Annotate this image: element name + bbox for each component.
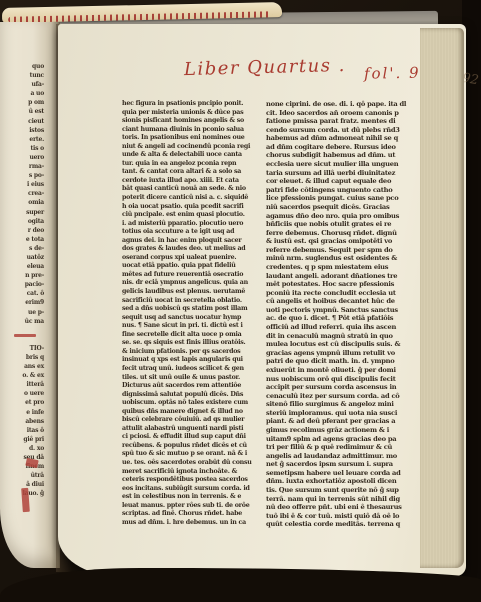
text-line: tur. quia in ea angeloz pconia repn <box>122 160 264 169</box>
facing-page-fragment: erte. <box>0 135 44 144</box>
facing-page-fragment: p om <box>0 98 44 107</box>
text-line: i. ad misteriû pparatio. plocutio uero <box>122 220 264 229</box>
facing-page-fragment: d. xo <box>0 444 44 453</box>
facing-page-fragment: a uo <box>0 89 44 98</box>
text-line: poterit dicere canticû nisi a. c. siquid… <box>122 194 264 203</box>
facing-page-fragment: ue p- <box>0 308 44 317</box>
text-line: uobiscum. optâs nô tales existere cum <box>122 399 264 408</box>
facing-page-fragment: o uere <box>0 389 44 398</box>
facing-page-fragment: TIO- <box>0 344 44 353</box>
text-line: mêtes ad future reuerentiâ osecratio <box>122 271 264 280</box>
text-line: uocat etiâ ppatio. quia ppat fideliû <box>122 262 264 271</box>
text-line: dos grates & laudes deo. ut melius ad <box>122 245 264 254</box>
text-line: sed a dñs uobiscû qs statim post illam <box>122 305 264 314</box>
facing-page-fragment: itas ô <box>0 426 44 435</box>
text-line: recûbens. & populus rñdet dicês et cû <box>122 442 264 451</box>
text-line: ciant humana diuinis in pconio salua <box>122 126 264 135</box>
text-line: fine secretelle dicit alta uoce p omia <box>122 331 264 340</box>
text-line: ciû pncipale. est enim quasi plocutio. <box>122 211 264 220</box>
facing-page-fragment: s de- <box>0 244 44 253</box>
red-rubric-mark <box>14 334 36 337</box>
facing-page-fragment: n pre- <box>0 271 44 280</box>
recto-page: Liber Quartus . fol'. 90. 92 hec figura … <box>58 24 466 576</box>
facing-page-fragment: abens <box>0 417 44 426</box>
facing-page-fragment: super <box>0 208 44 217</box>
facing-page-fragment: ogita <box>0 217 44 226</box>
text-line: scriptas. ad finê. Chorus rñdet. habe <box>122 510 264 519</box>
facing-page-fragment: bris q <box>0 353 44 362</box>
facing-page-fragment: crea- <box>0 189 44 198</box>
facing-page-fragment: itterâ <box>0 380 44 389</box>
facing-page-fragment: i eius <box>0 180 44 189</box>
facing-page-fragment: cieut <box>0 117 44 126</box>
text-line: gelicis laudibus est plenus. uerutamê <box>122 288 264 297</box>
facing-page-fragment: s po- <box>0 171 44 180</box>
facing-page-fragment: ûc ma <box>0 317 44 326</box>
text-line: hec figura in psationis pncipio ponit. <box>122 100 264 109</box>
text-line: tiles. ut sit unû ouile & unus pastor. <box>122 374 264 383</box>
fore-edge-page-stack <box>420 28 464 568</box>
text-line: cerdote iuxta illud apo. xiiii. Et cata <box>122 177 264 186</box>
facing-page-fragment: e infe <box>0 408 44 417</box>
facing-page-fragment: cat. ô <box>0 289 44 298</box>
rubric-book-title: Liber Quartus . <box>184 55 346 80</box>
text-line: dignissimâ salutat populû dicês. Dñs <box>122 391 264 400</box>
text-line: mus ad dñm. i. hre debemus. un in ca <box>122 519 264 528</box>
text-line: est in celestibus non in terrenis. & e <box>122 493 264 502</box>
text-line: ci pciosi. & effudit illud sup caput dñi <box>122 433 264 442</box>
text-line: leuat manus. ppter rôes sub ti. de orôe <box>122 502 264 511</box>
text-line: meret sacrificiû ignota inchoâte. & <box>122 468 264 477</box>
text-line: & inicium pfationis. per qs sacerdos <box>122 348 264 357</box>
text-line: tant. & cantat cora altari & a solo sa <box>122 168 264 177</box>
text-line: attulit alabastrû unguenti nardi pisti <box>122 425 264 434</box>
text-line: Dicturus aût sacerdos rem attentiôe <box>122 382 264 391</box>
text-line: bât quasi canticû nouâ an sede. & nio <box>122 185 264 194</box>
facing-page-fragment: ufa- <box>0 80 44 89</box>
text-line: sacrificiû uocat in secretella oblatio. <box>122 297 264 306</box>
text-line: nus. ¶ Sane sicut in pri. ti. dictû est … <box>122 322 264 331</box>
text-column-left: hec figura in psationis pncipio ponit.qu… <box>122 100 264 527</box>
text-line: ceteris respondêtibus postea sacerdos <box>122 476 264 485</box>
facing-page-fragment: istos <box>0 126 44 135</box>
text-line: sequit usq ad sanctus uocatur hymp <box>122 314 264 323</box>
facing-page-fragment: tunc <box>0 71 44 80</box>
text-line: quia per misteria unionis & dûce pas <box>122 109 264 118</box>
facing-page-fragment: r deo <box>0 226 44 235</box>
text-line: insinuat q xps est lapis angularis qui <box>122 356 264 365</box>
dark-background-bottom <box>0 568 481 602</box>
facing-page-fragment: uatôz <box>0 253 44 262</box>
facing-page-edge: quotuncufa-a uop omû estcieutistoserte.t… <box>0 22 60 568</box>
text-line: fecit utraq unû. iudeos scilicet & gen <box>122 365 264 374</box>
facing-page-fragment: e tota <box>0 235 44 244</box>
text-line: totius oia sccuture a te igit usq ad <box>122 228 264 237</box>
facing-page-fragment: uero <box>0 153 44 162</box>
facing-page-fragment: omia <box>0 198 44 207</box>
facing-page-fragment: rma- <box>0 162 44 171</box>
text-line: niut & angeli ad cocinendû pconia regi <box>122 143 264 152</box>
text-line: agnus dei. in hac enim ploquit sacer <box>122 237 264 246</box>
facing-page-fragment: eleua <box>0 262 44 271</box>
facing-page-text-fragments: quotuncufa-a uop omû estcieutistoserte.t… <box>0 62 44 499</box>
facing-page-fragment: û est <box>0 107 44 116</box>
facing-page-fragment: tis o <box>0 144 44 153</box>
text-line: quibus dñs manere dignet & illud no <box>122 408 264 417</box>
facing-page-fragment: o. & ex <box>0 371 44 380</box>
text-line: oserand corpus xpi ualeat puenire. <box>122 254 264 263</box>
text-line: unde & alta & delectabili uoce canta <box>122 151 264 160</box>
text-line: toris. In psationibus eni nomines oue <box>122 134 264 143</box>
facing-page-fragment: quo <box>0 62 44 71</box>
text-line: eos incitans. subiûgit sursum corda. id <box>122 485 264 494</box>
text-line: spû tuo & sic mutuo p se orant. nâ & i <box>122 450 264 459</box>
text-line: h oia uocat psatio. quia pcedit sacrifi <box>122 203 264 212</box>
facing-page-fragment: erim9 <box>0 298 44 307</box>
facing-page-fragment: giê pri <box>0 435 44 444</box>
text-line: biscû celebrare côuiuiû. ad qs mulier <box>122 416 264 425</box>
facing-page-fragment: ûtrâ <box>0 471 44 480</box>
facing-page-fragment: pacio- <box>0 280 44 289</box>
text-line: nis. dr eciâ ympnus angelicus. quia an <box>122 279 264 288</box>
facing-page-fragment: et pro <box>0 398 44 407</box>
book-photo-scene: quotuncufa-a uop omû estcieutistoserte.t… <box>0 0 481 602</box>
text-line: ue. tes. oês sacerdotes orabût dû consu <box>122 459 264 468</box>
text-line: se. se. qs siquis est finis illius oratô… <box>122 339 264 348</box>
facing-page-fragment: ans ex <box>0 362 44 371</box>
text-line: sionis pisficant homines angelis & so <box>122 117 264 126</box>
